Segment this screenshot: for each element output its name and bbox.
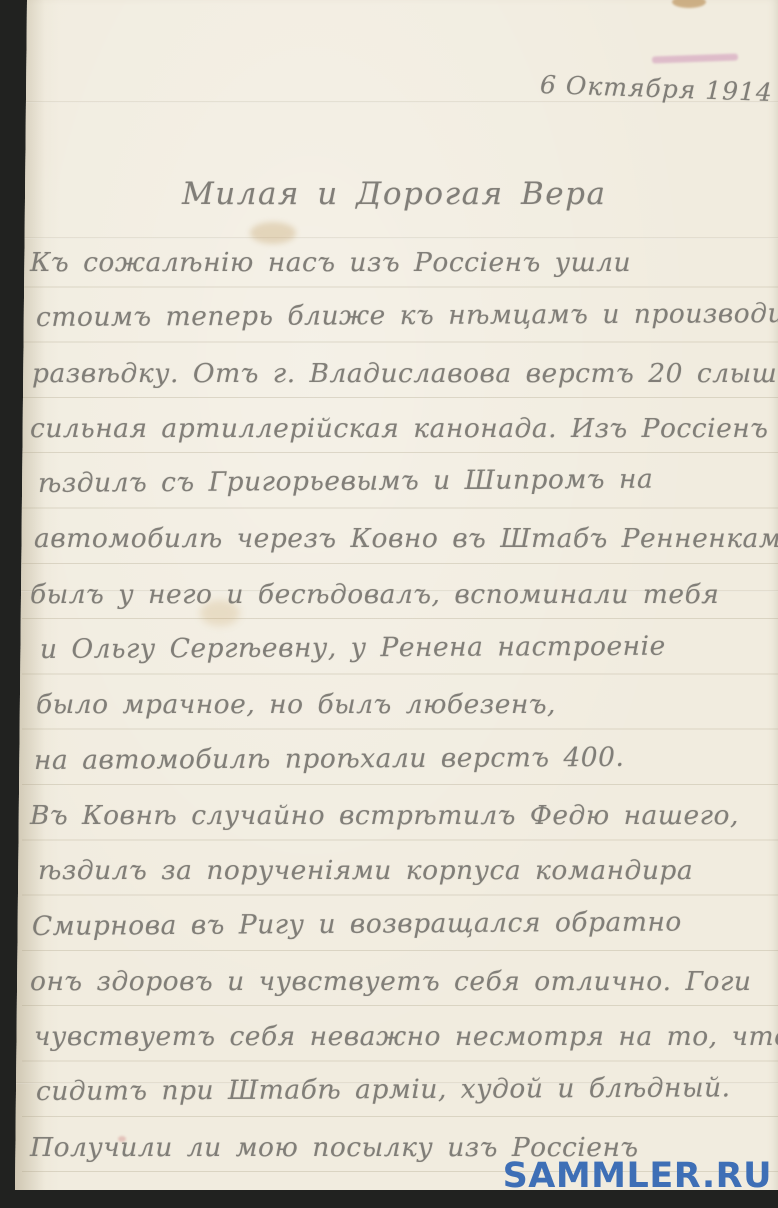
salutation: Милая и Дорогая Вера — [182, 176, 606, 212]
letter-line: Къ сожалѣнію насъ изъ Россіенъ ушли — [30, 240, 764, 295]
letter-line: былъ у него и бесѣдовалъ, вспоминали теб… — [30, 572, 764, 627]
letter-paper: 6 Октября 1914 г. Милая и Дорогая Вера К… — [0, 0, 778, 1208]
letter-line: Въ Ковнѣ случайно встрѣтилъ Федю нашего, — [30, 793, 764, 848]
fold-crease — [15, 237, 778, 239]
letter-line: ѣздилъ съ Григорьевымъ и Шипромъ на — [30, 456, 764, 516]
letter-line: чувствуетъ себя неважно несмотря на то, … — [30, 1014, 764, 1069]
stamp-mark — [652, 54, 738, 64]
letter-line: сильная артиллерійская канонада. Изъ Рос… — [30, 406, 764, 461]
letter-line: автомобилѣ черезъ Ковно въ Штабъ Ренненк… — [30, 516, 764, 571]
letter-line: на автомобилѣ проѣхали верстъ 400. — [30, 734, 764, 793]
letter-line: Смирнова въ Ригу и возвращался обратно — [30, 898, 764, 958]
letter-line: онъ здоровъ и чувствуетъ себя отлично. Г… — [30, 959, 764, 1014]
watermark: SAMMLER.RU — [503, 1156, 772, 1196]
letter-line: и Ольгу Сергѣевну, у Ренена настроеніе — [30, 623, 764, 682]
letter-body: Къ сожалѣнію насъ изъ Россіенъ ушли стои… — [30, 240, 764, 1180]
stain — [672, 0, 706, 8]
letter-line: ѣздилъ за порученіями корпуса командира — [30, 848, 764, 903]
letter-line: развѣдку. Отъ г. Владиславова верстъ 20 … — [30, 351, 764, 406]
letter-line: сидитъ при Штабѣ арміи, худой и блѣдный. — [30, 1066, 764, 1125]
letter-line: было мрачное, но былъ любезенъ, — [30, 682, 764, 737]
letter-line: стоимъ теперь ближе къ нѣмцамъ и произво… — [30, 291, 764, 350]
